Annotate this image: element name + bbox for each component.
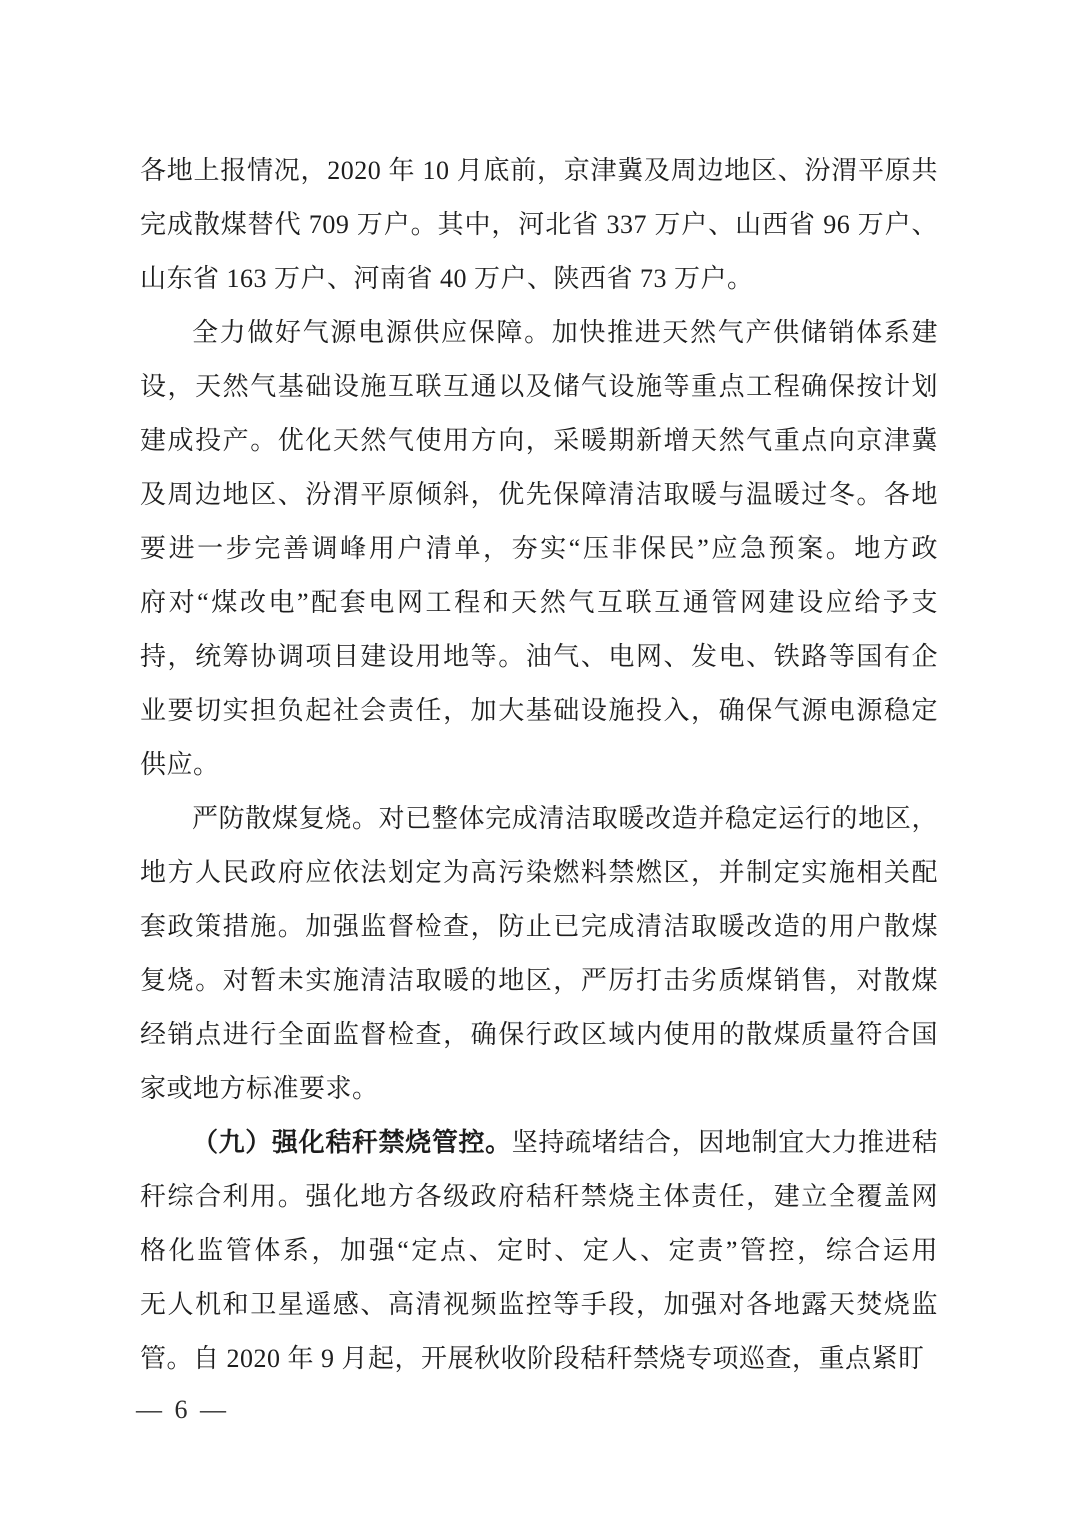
text-line: 供应。: [140, 738, 938, 792]
text-line: 复烧。对暂未实施清洁取暖的地区，严厉打击劣质煤销售，对散煤: [140, 954, 938, 1008]
text-line: 格化监管体系，加强“定点、定时、定人、定责”管控，综合运用: [140, 1224, 938, 1278]
page-number: — 6 —: [136, 1390, 229, 1430]
text-line: 家或地方标准要求。: [140, 1062, 938, 1116]
text-line: 地方人民政府应依法划定为高污染燃料禁燃区，并制定实施相关配: [140, 846, 938, 900]
text-line: 及周边地区、汾渭平原倾斜，优先保障清洁取暖与温暖过冬。各地: [140, 468, 938, 522]
text-line: 要进一步完善调峰用户清单，夯实“压非保民”应急预案。地方政: [140, 522, 938, 576]
text-line: 无人机和卫星遥感、高清视频监控等手段，加强对各地露天焚烧监: [140, 1278, 938, 1332]
text-line: 府对“煤改电”配套电网工程和天然气互联互通管网建设应给予支: [140, 576, 938, 630]
text-line: 设，天然气基础设施互联互通以及储气设施等重点工程确保按计划: [140, 360, 938, 414]
text-line: 管。自 2020 年 9 月起，开展秋收阶段秸秆禁烧专项巡查，重点紧盯: [140, 1332, 938, 1386]
text-line: 秆综合利用。强化地方各级政府秸秆禁烧主体责任，建立全覆盖网: [140, 1170, 938, 1224]
text-line: 建成投产。优化天然气使用方向，采暖期新增天然气重点向京津冀: [140, 414, 938, 468]
text-line: 经销点进行全面监督检查，确保行政区域内使用的散煤质量符合国: [140, 1008, 938, 1062]
text-line: 完成散煤替代 709 万户。其中，河北省 337 万户、山西省 96 万户、: [140, 198, 938, 252]
text-line: 各地上报情况，2020 年 10 月底前，京津冀及周边地区、汾渭平原共: [140, 144, 938, 198]
section-heading-bold-lead: （九）强化秸秆禁烧管控。: [192, 1128, 512, 1157]
document-page: 各地上报情况，2020 年 10 月底前，京津冀及周边地区、汾渭平原共完成散煤替…: [0, 0, 1080, 1527]
text-line: （九）强化秸秆禁烧管控。坚持疏堵结合，因地制宜大力推进秸: [140, 1116, 938, 1170]
document-body: 各地上报情况，2020 年 10 月底前，京津冀及周边地区、汾渭平原共完成散煤替…: [140, 144, 938, 1386]
text-line: 全力做好气源电源供应保障。加快推进天然气产供储销体系建: [140, 306, 938, 360]
text-line: 山东省 163 万户、河南省 40 万户、陕西省 73 万户。: [140, 252, 938, 306]
text-line: 业要切实担负起社会责任，加大基础设施投入，确保气源电源稳定: [140, 684, 938, 738]
text-line: 套政策措施。加强监督检查，防止已完成清洁取暖改造的用户散煤: [140, 900, 938, 954]
text-line: 持，统筹协调项目建设用地等。油气、电网、发电、铁路等国有企: [140, 630, 938, 684]
text-line: 严防散煤复烧。对已整体完成清洁取暖改造并稳定运行的地区，: [140, 792, 938, 846]
